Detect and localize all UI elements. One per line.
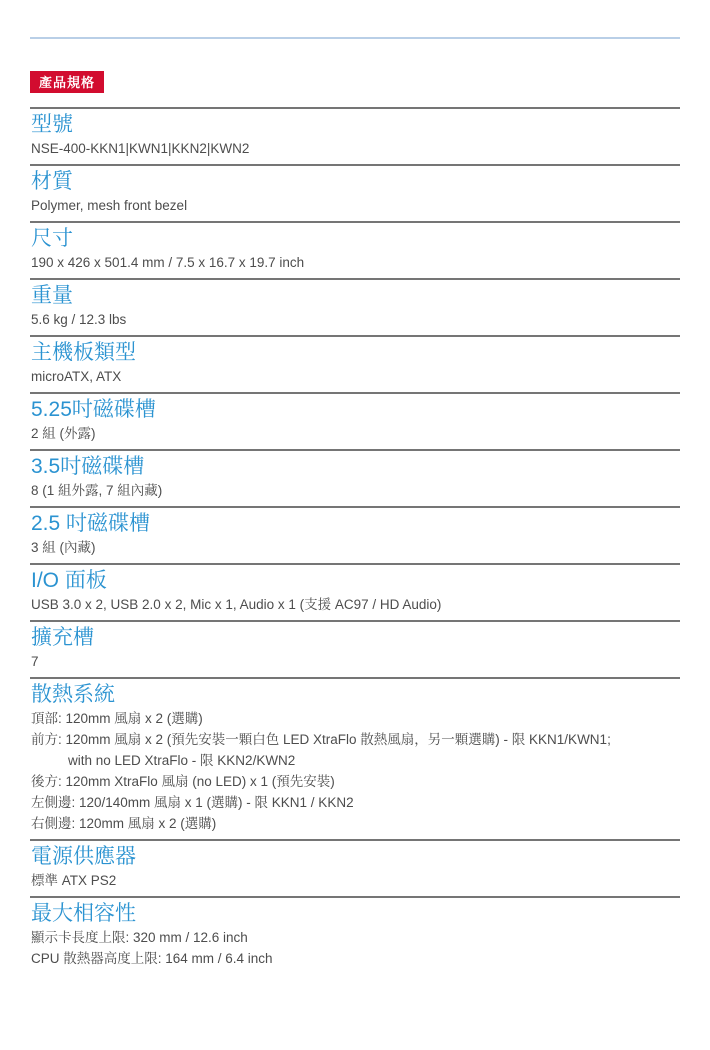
spec-section: 材質 Polymer, mesh front bezel <box>30 164 680 221</box>
spec-values: 7 <box>30 651 680 672</box>
spec-values: 3 組 (內藏) <box>30 537 680 558</box>
spec-section: 重量 5.6 kg / 12.3 lbs <box>30 278 680 335</box>
spec-value-line: Polymer, mesh front bezel <box>31 195 680 216</box>
spec-heading: 2.5 吋磁碟槽 <box>31 512 680 536</box>
spec-values: 190 x 426 x 501.4 mm / 7.5 x 16.7 x 19.7… <box>30 252 680 273</box>
spec-value-line: 左側邊: 120/140mm 風扇 x 1 (選購) - 限 KKN1 / KK… <box>31 792 680 813</box>
spec-page: 產品規格 型號 NSE-400-KKN1|KWN1|KKN2|KWN2 材質 P… <box>0 37 710 974</box>
section-divider <box>30 449 680 451</box>
spec-section: 擴充槽 7 <box>30 620 680 677</box>
spec-values: 8 (1 組外露, 7 組內藏) <box>30 480 680 501</box>
spec-section: 3.5吋磁碟槽 8 (1 組外露, 7 組內藏) <box>30 449 680 506</box>
top-divider-rule <box>30 37 680 39</box>
spec-section: 主機板類型 microATX, ATX <box>30 335 680 392</box>
spec-values: NSE-400-KKN1|KWN1|KKN2|KWN2 <box>30 138 680 159</box>
spec-values: microATX, ATX <box>30 366 680 387</box>
spec-section: 最大相容性 顯示卡長度上限: 320 mm / 12.6 inchCPU 散熱器… <box>30 896 680 974</box>
section-divider <box>30 896 680 898</box>
spec-value-line: 顯示卡長度上限: 320 mm / 12.6 inch <box>31 927 680 948</box>
spec-value-line: 標準 ATX PS2 <box>31 870 680 891</box>
spec-value-line: 頂部: 120mm 風扇 x 2 (選購) <box>31 708 680 729</box>
spec-sections: 型號 NSE-400-KKN1|KWN1|KKN2|KWN2 材質 Polyme… <box>30 107 680 974</box>
spec-value-line: 5.6 kg / 12.3 lbs <box>31 309 680 330</box>
section-divider <box>30 221 680 223</box>
spec-values: 標準 ATX PS2 <box>30 870 680 891</box>
section-divider <box>30 506 680 508</box>
spec-section: 5.25吋磁碟槽 2 組 (外露) <box>30 392 680 449</box>
spec-values: 5.6 kg / 12.3 lbs <box>30 309 680 330</box>
section-divider <box>30 278 680 280</box>
section-divider <box>30 392 680 394</box>
spec-heading: 3.5吋磁碟槽 <box>31 455 680 479</box>
spec-value-line: USB 3.0 x 2, USB 2.0 x 2, Mic x 1, Audio… <box>31 594 680 615</box>
spec-section: 電源供應器 標準 ATX PS2 <box>30 839 680 896</box>
spec-heading: 尺寸 <box>31 227 680 251</box>
spec-value-line: 2 組 (外露) <box>31 423 680 444</box>
spec-value-line: 後方: 120mm XtraFlo 風扇 (no LED) x 1 (預先安裝) <box>31 771 680 792</box>
spec-value-line: 7 <box>31 651 680 672</box>
spec-values: Polymer, mesh front bezel <box>30 195 680 216</box>
spec-heading: 型號 <box>31 113 680 137</box>
section-divider <box>30 620 680 622</box>
section-divider <box>30 677 680 679</box>
spec-heading: 散熱系統 <box>31 683 680 707</box>
spec-values: 2 組 (外露) <box>30 423 680 444</box>
spec-values: 頂部: 120mm 風扇 x 2 (選購)前方: 120mm 風扇 x 2 (預… <box>30 708 680 834</box>
spec-value-line: with no LED XtraFlo - 限 KKN2/KWN2 <box>31 750 680 771</box>
spec-value-line: NSE-400-KKN1|KWN1|KKN2|KWN2 <box>31 138 680 159</box>
spec-heading: 擴充槽 <box>31 626 680 650</box>
spec-heading: 主機板類型 <box>31 341 680 365</box>
spec-value-line: 190 x 426 x 501.4 mm / 7.5 x 16.7 x 19.7… <box>31 252 680 273</box>
spec-section: 尺寸 190 x 426 x 501.4 mm / 7.5 x 16.7 x 1… <box>30 221 680 278</box>
spec-heading: 材質 <box>31 170 680 194</box>
spec-section: 型號 NSE-400-KKN1|KWN1|KKN2|KWN2 <box>30 107 680 164</box>
spec-heading: 電源供應器 <box>31 845 680 869</box>
spec-value-line: 8 (1 組外露, 7 組內藏) <box>31 480 680 501</box>
spec-heading: I/O 面板 <box>31 569 680 593</box>
section-divider <box>30 563 680 565</box>
section-divider <box>30 839 680 841</box>
spec-section: I/O 面板 USB 3.0 x 2, USB 2.0 x 2, Mic x 1… <box>30 563 680 620</box>
spec-value-line: 3 組 (內藏) <box>31 537 680 558</box>
spec-value-line: 前方: 120mm 風扇 x 2 (預先安裝一顆白色 LED XtraFlo 散… <box>31 729 680 750</box>
spec-section: 散熱系統 頂部: 120mm 風扇 x 2 (選購)前方: 120mm 風扇 x… <box>30 677 680 839</box>
spec-value-line: microATX, ATX <box>31 366 680 387</box>
spec-section: 2.5 吋磁碟槽 3 組 (內藏) <box>30 506 680 563</box>
section-divider <box>30 335 680 337</box>
spec-heading: 5.25吋磁碟槽 <box>31 398 680 422</box>
section-divider <box>30 107 680 109</box>
spec-value-line: CPU 散熱器高度上限: 164 mm / 6.4 inch <box>31 948 680 969</box>
spec-heading: 重量 <box>31 284 680 308</box>
spec-values: USB 3.0 x 2, USB 2.0 x 2, Mic x 1, Audio… <box>30 594 680 615</box>
section-title-badge: 產品規格 <box>30 71 104 93</box>
spec-values: 顯示卡長度上限: 320 mm / 12.6 inchCPU 散熱器高度上限: … <box>30 927 680 969</box>
spec-heading: 最大相容性 <box>31 902 680 926</box>
section-divider <box>30 164 680 166</box>
spec-value-line: 右側邊: 120mm 風扇 x 2 (選購) <box>31 813 680 834</box>
